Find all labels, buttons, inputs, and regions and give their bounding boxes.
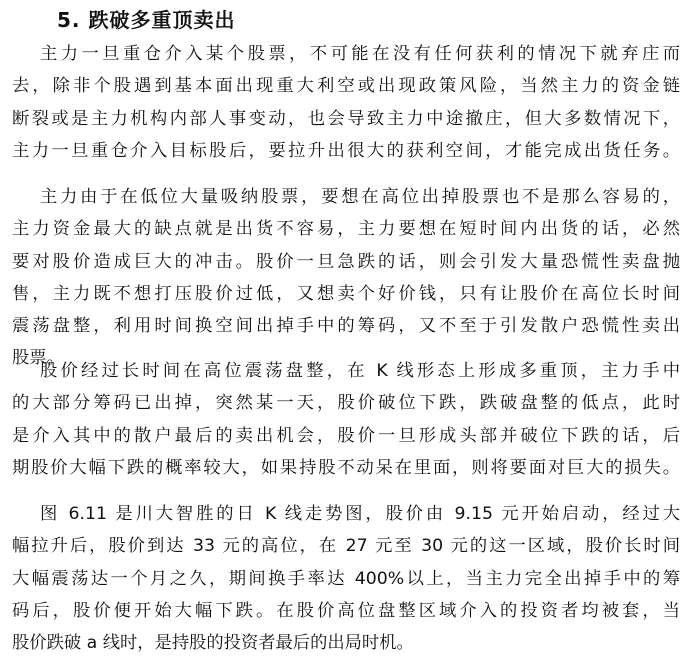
section-title: 5. 跌破多重顶卖出 [57, 6, 235, 34]
text-line: 股价经过长时间在高位震荡盘整，在 K 线形态上形成多重顶，主力手中 [12, 355, 680, 387]
paragraph-4: 图 6.11 是川大智胜的日 K 线走势图，股价由 9.15 元开始启动，经过大… [12, 498, 680, 659]
paragraph-3: 股价经过长时间在高位震荡盘整，在 K 线形态上形成多重顶，主力手中 的大部分筹码… [12, 355, 680, 484]
text-line: 售，主力既不想打压股价过低，又想卖个好价钱，只有让股价在高位长时间 [12, 278, 680, 310]
document-page: 5. 跌破多重顶卖出 主力一旦重仓介入某个股票，不可能在没有任何获利的情况下就弃… [0, 0, 685, 667]
text-line: 图 6.11 是川大智胜的日 K 线走势图，股价由 9.15 元开始启动，经过大 [12, 498, 680, 530]
text-line: 主力资金最大的缺点就是出货不容易，主力要想在短时间内出货的话，必然 [12, 213, 680, 245]
text-line: 要对股价造成巨大的冲击。股价一旦急跌的话，则会引发大量恐慌性卖盘抛 [12, 246, 680, 278]
paragraph-1: 主力一旦重仓介入某个股票，不可能在没有任何获利的情况下就弃庄而 去，除非个股遇到… [12, 38, 680, 167]
text-line: 主力一旦重仓介入目标股后，要拉升出很大的获利空间，才能完成出货任务。 [12, 135, 680, 167]
text-line: 期股价大幅下跌的概率较大，如果持股不动呆在里面，则将要面对巨大的损失。 [12, 452, 680, 484]
text-line: 主力一旦重仓介入某个股票，不可能在没有任何获利的情况下就弃庄而 [12, 38, 680, 70]
text-line: 股价跌破 a 线时，是持股的投资者最后的出局时机。 [12, 627, 680, 659]
text-line: 主力由于在低位大量吸纳股票，要想在高位出掉股票也不是那么容易的， [12, 181, 680, 213]
text-line: 是介入其中的散户最后的卖出机会，股价一旦形成头部并破位下跌的话，后 [12, 420, 680, 452]
text-line: 大幅震荡达一个月之久，期间换手率达 400%以上，当主力完全出掉手中的筹 [12, 563, 680, 595]
text-line: 去，除非个股遇到基本面出现重大利空或出现政策风险，当然主力的资金链 [12, 70, 680, 102]
text-line: 幅拉升后，股价到达 33 元的高位，在 27 元至 30 元的这一区域，股价长时… [12, 530, 680, 562]
text-line: 震荡盘整，利用时间换空间出掉手中的筹码，又不至于引发散户恐慌性卖出 [12, 310, 680, 342]
paragraph-2: 主力由于在低位大量吸纳股票，要想在高位出掉股票也不是那么容易的， 主力资金最大的… [12, 181, 680, 375]
text-line: 码后，股价便开始大幅下跌。在股价高位盘整区域介入的投资者均被套，当 [12, 595, 680, 627]
text-line: 断裂或是主力机构内部人事变动，也会导致主力中途撤庄，但大多数情况下， [12, 103, 680, 135]
text-line: 的大部分筹码已出掉，突然某一天，股价破位下跌，跌破盘整的低点，此时 [12, 387, 680, 419]
